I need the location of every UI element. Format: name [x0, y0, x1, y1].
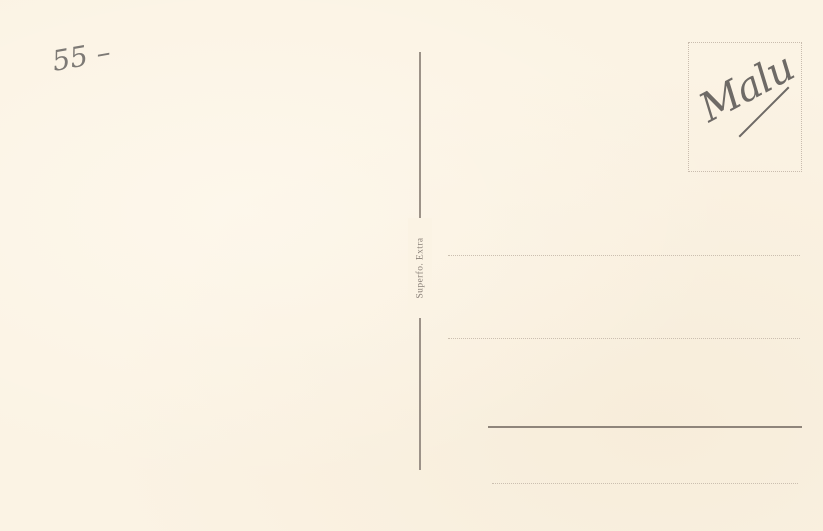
- divider-label-container: Superfo. Extra: [408, 218, 432, 318]
- address-line-3: [488, 426, 802, 428]
- address-line-1: [448, 255, 800, 256]
- pencil-price-note: 55 –: [50, 35, 113, 78]
- address-line-2: [448, 338, 800, 339]
- postcard-back: 55 – Superfo. Extra Malu: [0, 0, 823, 531]
- address-line-4: [492, 483, 798, 484]
- divider-label: Superfo. Extra: [415, 238, 425, 299]
- stamp-box: Malu: [688, 42, 802, 172]
